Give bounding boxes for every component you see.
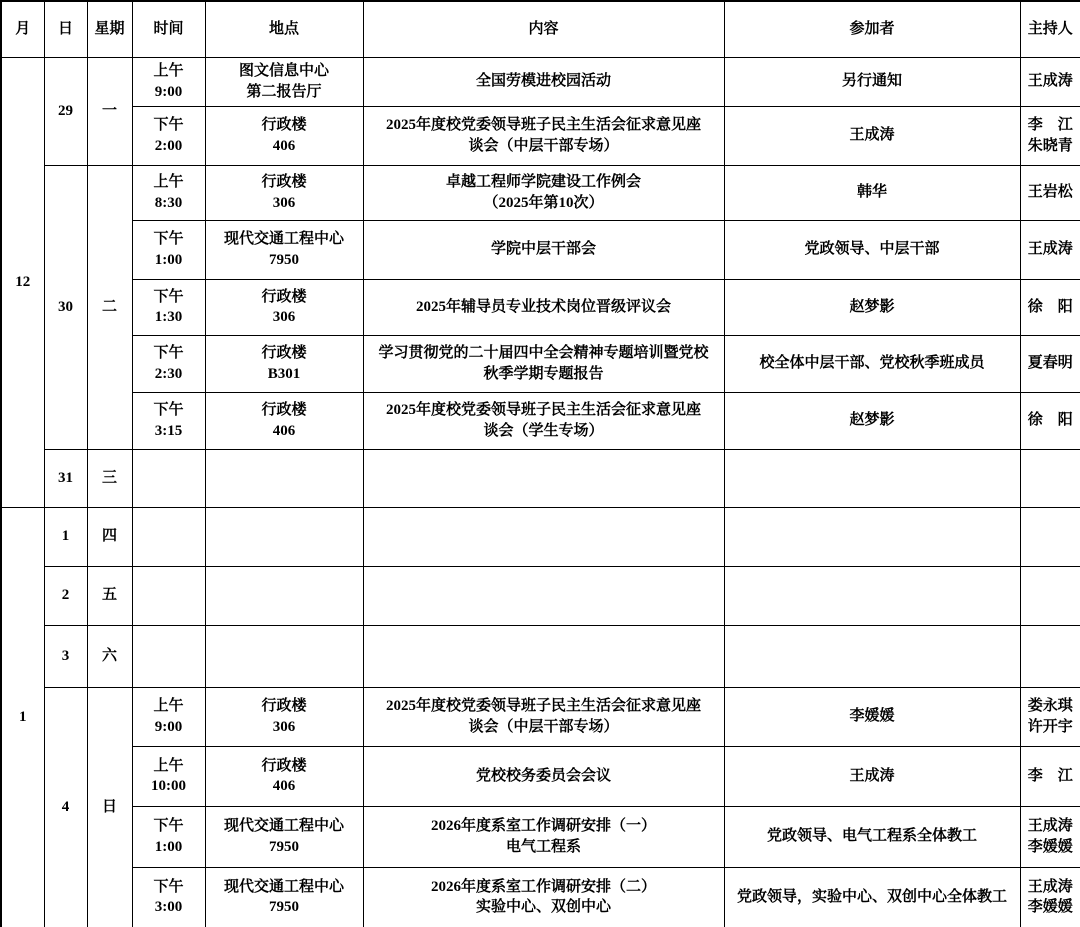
cell-host: 李 江朱晓青 [1020, 106, 1080, 165]
cell-location: 图文信息中心第二报告厅 [205, 57, 363, 106]
cell-location [205, 625, 363, 687]
header-host: 主持人 [1020, 1, 1080, 57]
table-row: 1 1 四 [1, 507, 1080, 566]
cell-content [363, 449, 724, 507]
cell-host: 王成涛李媛媛 [1020, 806, 1080, 867]
cell-content: 全国劳模进校园活动 [363, 57, 724, 106]
cell-weekday: 三 [87, 449, 132, 507]
cell-day: 2 [44, 566, 87, 625]
cell-participants [724, 507, 1020, 566]
location-line2: 7950 [208, 897, 361, 917]
time-value: 3:15 [135, 421, 203, 441]
cell-content: 2026年度系室工作调研安排（一）电气工程系 [363, 806, 724, 867]
cell-participants [724, 566, 1020, 625]
host-line1: 李 江 [1023, 115, 1079, 135]
cell-time: 下午1:30 [132, 279, 205, 335]
table-row: 30 二 上午8:30 行政楼306 卓越工程师学院建设工作例会（2025年第1… [1, 165, 1080, 220]
cell-content: 2025年辅导员专业技术岗位晋级评议会 [363, 279, 724, 335]
cell-participants: 另行通知 [724, 57, 1020, 106]
cell-location: 行政楼406 [205, 392, 363, 449]
cell-host: 王成涛 [1020, 220, 1080, 279]
header-month: 月 [1, 1, 44, 57]
cell-day: 31 [44, 449, 87, 507]
location-line1: 图文信息中心 [208, 61, 361, 81]
cell-month: 1 [1, 507, 44, 927]
content-line1: 学院中层干部会 [366, 239, 722, 259]
cell-content: 学院中层干部会 [363, 220, 724, 279]
cell-host [1020, 449, 1080, 507]
cell-day: 30 [44, 165, 87, 449]
location-line2: 306 [208, 307, 361, 327]
cell-content: 学习贯彻党的二十届四中全会精神专题培训暨党校秋季学期专题报告 [363, 335, 724, 392]
cell-host [1020, 507, 1080, 566]
cell-participants: 党政领导，实验中心、双创中心全体教工 [724, 867, 1020, 927]
host-line1: 徐 阳 [1023, 297, 1079, 317]
table-row: 12 29 一 上午9:00 图文信息中心第二报告厅 全国劳模进校园活动 另行通… [1, 57, 1080, 106]
cell-content: 卓越工程师学院建设工作例会（2025年第10次） [363, 165, 724, 220]
table-row: 上午10:00 行政楼406 党校校务委员会会议 王成涛 李 江 [1, 746, 1080, 806]
content-line2: 谈会（学生专场） [366, 421, 722, 441]
cell-host: 王成涛李媛媛 [1020, 867, 1080, 927]
cell-weekday: 五 [87, 566, 132, 625]
cell-participants: 赵梦影 [724, 392, 1020, 449]
content-line2: （2025年第10次） [366, 193, 722, 213]
cell-location [205, 507, 363, 566]
content-line2: 谈会（中层干部专场） [366, 717, 722, 737]
table-row: 2 五 [1, 566, 1080, 625]
time-period: 下午 [135, 400, 203, 420]
time-period: 下午 [135, 343, 203, 363]
location-line2: 7950 [208, 837, 361, 857]
time-value: 8:30 [135, 193, 203, 213]
cell-time: 上午10:00 [132, 746, 205, 806]
header-weekday: 星期 [87, 1, 132, 57]
schedule-table: 月 日 星期 时间 地点 内容 参加者 主持人 12 29 一 上午9:00 图… [0, 0, 1080, 927]
cell-location: 行政楼406 [205, 106, 363, 165]
content-line2: 秋季学期专题报告 [366, 364, 722, 384]
content-line1: 2026年度系室工作调研安排（一） [366, 816, 722, 836]
host-line1: 王成涛 [1023, 71, 1079, 91]
table-row: 下午1:00 现代交通工程中心7950 学院中层干部会 党政领导、中层干部 王成… [1, 220, 1080, 279]
content-line1: 全国劳模进校园活动 [366, 71, 722, 91]
cell-location: 现代交通工程中心7950 [205, 806, 363, 867]
cell-weekday: 四 [87, 507, 132, 566]
cell-day: 29 [44, 57, 87, 165]
time-period: 下午 [135, 816, 203, 836]
time-period: 下午 [135, 287, 203, 307]
location-line2: B301 [208, 364, 361, 384]
location-line1: 行政楼 [208, 756, 361, 776]
cell-time [132, 566, 205, 625]
header-day: 日 [44, 1, 87, 57]
cell-participants: 王成涛 [724, 106, 1020, 165]
host-line1: 王岩松 [1023, 182, 1079, 202]
cell-month: 12 [1, 57, 44, 507]
cell-host [1020, 625, 1080, 687]
location-line1: 行政楼 [208, 696, 361, 716]
content-line1: 卓越工程师学院建设工作例会 [366, 172, 722, 192]
cell-weekday: 六 [87, 625, 132, 687]
cell-content [363, 507, 724, 566]
time-value: 1:00 [135, 250, 203, 270]
time-period: 上午 [135, 172, 203, 192]
location-line2: 406 [208, 421, 361, 441]
location-line1: 行政楼 [208, 115, 361, 135]
location-line1: 行政楼 [208, 400, 361, 420]
location-line1: 现代交通工程中心 [208, 229, 361, 249]
header-location: 地点 [205, 1, 363, 57]
time-value: 3:00 [135, 897, 203, 917]
cell-time: 下午2:00 [132, 106, 205, 165]
content-line1: 2026年度系室工作调研安排（二） [366, 877, 722, 897]
host-line1: 王成涛 [1023, 877, 1079, 897]
header-participants: 参加者 [724, 1, 1020, 57]
table-row: 下午3:00 现代交通工程中心7950 2026年度系室工作调研安排（二）实验中… [1, 867, 1080, 927]
cell-time: 上午9:00 [132, 57, 205, 106]
cell-participants: 赵梦影 [724, 279, 1020, 335]
cell-location: 行政楼406 [205, 746, 363, 806]
host-line1: 娄永琪 [1023, 696, 1079, 716]
table-row: 下午1:00 现代交通工程中心7950 2026年度系室工作调研安排（一）电气工… [1, 806, 1080, 867]
content-line2: 实验中心、双创中心 [366, 897, 722, 917]
cell-location: 行政楼306 [205, 687, 363, 746]
host-line1: 夏春明 [1023, 353, 1079, 373]
cell-content [363, 566, 724, 625]
location-line1: 现代交通工程中心 [208, 816, 361, 836]
time-value: 10:00 [135, 776, 203, 796]
host-line2: 李媛媛 [1023, 837, 1079, 857]
content-line2: 谈会（中层干部专场） [366, 136, 722, 156]
content-line1: 2025年度校党委领导班子民主生活会征求意见座 [366, 115, 722, 135]
time-value: 2:00 [135, 136, 203, 156]
cell-location: 行政楼B301 [205, 335, 363, 392]
location-line1: 行政楼 [208, 172, 361, 192]
cell-participants: 韩华 [724, 165, 1020, 220]
host-line2: 许开宇 [1023, 717, 1079, 737]
host-line1: 王成涛 [1023, 816, 1079, 836]
location-line2: 406 [208, 776, 361, 796]
content-line1: 党校校务委员会会议 [366, 766, 722, 786]
cell-weekday: 一 [87, 57, 132, 165]
cell-time: 上午9:00 [132, 687, 205, 746]
cell-location: 现代交通工程中心7950 [205, 867, 363, 927]
location-line2: 406 [208, 136, 361, 156]
content-line1: 2025年度校党委领导班子民主生活会征求意见座 [366, 696, 722, 716]
cell-participants: 校全体中层干部、党校秋季班成员 [724, 335, 1020, 392]
time-period: 上午 [135, 756, 203, 776]
time-value: 2:30 [135, 364, 203, 384]
time-period: 上午 [135, 61, 203, 81]
cell-participants [724, 449, 1020, 507]
cell-participants: 李媛媛 [724, 687, 1020, 746]
cell-location: 行政楼306 [205, 165, 363, 220]
location-line1: 现代交通工程中心 [208, 877, 361, 897]
location-line1: 行政楼 [208, 343, 361, 363]
location-line1: 行政楼 [208, 287, 361, 307]
time-period: 下午 [135, 115, 203, 135]
cell-content: 2025年度校党委领导班子民主生活会征求意见座谈会（学生专场） [363, 392, 724, 449]
time-period: 下午 [135, 229, 203, 249]
cell-host [1020, 566, 1080, 625]
table-row: 下午2:00 行政楼406 2025年度校党委领导班子民主生活会征求意见座谈会（… [1, 106, 1080, 165]
host-line2: 李媛媛 [1023, 897, 1079, 917]
time-value: 9:00 [135, 82, 203, 102]
table-row: 31 三 [1, 449, 1080, 507]
cell-time [132, 449, 205, 507]
content-line1: 2025年度校党委领导班子民主生活会征求意见座 [366, 400, 722, 420]
cell-participants [724, 625, 1020, 687]
cell-participants: 党政领导、中层干部 [724, 220, 1020, 279]
location-line2: 306 [208, 193, 361, 213]
host-line1: 王成涛 [1023, 239, 1079, 259]
cell-time: 下午1:00 [132, 806, 205, 867]
cell-content: 党校校务委员会会议 [363, 746, 724, 806]
cell-weekday: 二 [87, 165, 132, 449]
cell-time: 下午2:30 [132, 335, 205, 392]
cell-day: 4 [44, 687, 87, 927]
cell-host: 王成涛 [1020, 57, 1080, 106]
header-time: 时间 [132, 1, 205, 57]
location-line2: 7950 [208, 250, 361, 270]
cell-day: 1 [44, 507, 87, 566]
cell-time: 下午3:00 [132, 867, 205, 927]
cell-content: 2025年度校党委领导班子民主生活会征求意见座谈会（中层干部专场） [363, 106, 724, 165]
table-row: 下午2:30 行政楼B301 学习贯彻党的二十届四中全会精神专题培训暨党校秋季学… [1, 335, 1080, 392]
cell-content: 2026年度系室工作调研安排（二）实验中心、双创中心 [363, 867, 724, 927]
time-period: 上午 [135, 696, 203, 716]
cell-time [132, 507, 205, 566]
cell-host: 李 江 [1020, 746, 1080, 806]
cell-time: 上午8:30 [132, 165, 205, 220]
cell-location: 现代交通工程中心7950 [205, 220, 363, 279]
table-row: 下午1:30 行政楼306 2025年辅导员专业技术岗位晋级评议会 赵梦影 徐 … [1, 279, 1080, 335]
schedule-document: 月 日 星期 时间 地点 内容 参加者 主持人 12 29 一 上午9:00 图… [0, 0, 1080, 927]
cell-host: 娄永琪许开宇 [1020, 687, 1080, 746]
header-row: 月 日 星期 时间 地点 内容 参加者 主持人 [1, 1, 1080, 57]
time-period: 下午 [135, 877, 203, 897]
host-line2: 朱晓青 [1023, 136, 1079, 156]
cell-content: 2025年度校党委领导班子民主生活会征求意见座谈会（中层干部专场） [363, 687, 724, 746]
table-row: 4 日 上午9:00 行政楼306 2025年度校党委领导班子民主生活会征求意见… [1, 687, 1080, 746]
cell-time: 下午3:15 [132, 392, 205, 449]
cell-time: 下午1:00 [132, 220, 205, 279]
table-row: 下午3:15 行政楼406 2025年度校党委领导班子民主生活会征求意见座谈会（… [1, 392, 1080, 449]
time-value: 1:30 [135, 307, 203, 327]
host-line1: 李 江 [1023, 766, 1079, 786]
cell-weekday: 日 [87, 687, 132, 927]
table-row: 3 六 [1, 625, 1080, 687]
time-value: 9:00 [135, 717, 203, 737]
cell-host: 徐 阳 [1020, 392, 1080, 449]
host-line1: 徐 阳 [1023, 410, 1079, 430]
cell-time [132, 625, 205, 687]
content-line1: 2025年辅导员专业技术岗位晋级评议会 [366, 297, 722, 317]
cell-host: 徐 阳 [1020, 279, 1080, 335]
content-line1: 学习贯彻党的二十届四中全会精神专题培训暨党校 [366, 343, 722, 363]
cell-location [205, 449, 363, 507]
cell-content [363, 625, 724, 687]
content-line2: 电气工程系 [366, 837, 722, 857]
cell-host: 夏春明 [1020, 335, 1080, 392]
header-content: 内容 [363, 1, 724, 57]
location-line2: 306 [208, 717, 361, 737]
location-line2: 第二报告厅 [208, 82, 361, 102]
cell-day: 3 [44, 625, 87, 687]
time-value: 1:00 [135, 837, 203, 857]
cell-participants: 党政领导、电气工程系全体教工 [724, 806, 1020, 867]
cell-location: 行政楼306 [205, 279, 363, 335]
cell-host: 王岩松 [1020, 165, 1080, 220]
cell-location [205, 566, 363, 625]
cell-participants: 王成涛 [724, 746, 1020, 806]
